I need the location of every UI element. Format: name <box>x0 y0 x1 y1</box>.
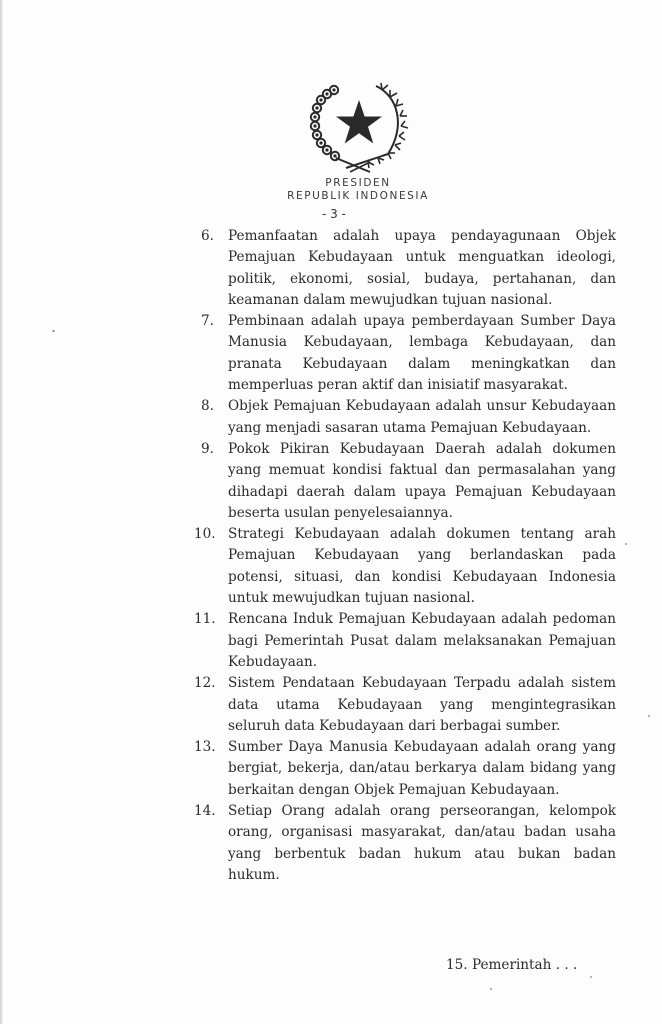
definition-item-6: 6. Pemanfaatan adalah upaya pendayagunaa… <box>192 226 616 311</box>
header-presiden: PRESIDEN <box>27 177 662 189</box>
item-number: 6. <box>192 226 228 311</box>
item-text: Setiap Orang adalah orang perseorangan, … <box>228 801 616 886</box>
definition-item-7: 7. Pembinaan adalah upaya pemberdayaan S… <box>192 311 616 396</box>
item-text: Pemanfaatan adalah upaya pendayagunaan O… <box>228 226 616 311</box>
item-number: 11. <box>192 609 228 673</box>
scan-speck <box>648 715 650 717</box>
header-republik-indonesia: REPUBLIK INDONESIA <box>27 190 662 202</box>
item-number: 13. <box>192 737 228 801</box>
continuation-catchword: 15. Pemerintah . . . <box>446 957 577 973</box>
definition-item-12: 12. Sistem Pendataan Kebudayaan Terpadu … <box>192 673 616 737</box>
definition-item-11: 11. Rencana Induk Pemajuan Kebudayaan ad… <box>192 609 616 673</box>
item-number: 8. <box>192 396 228 439</box>
document-page: PRESIDEN REPUBLIK INDONESIA - 3 - 6. Pem… <box>0 0 662 1024</box>
item-text: Pembinaan adalah upaya pemberdayaan Sumb… <box>228 311 616 396</box>
scan-speck <box>609 363 611 365</box>
definition-item-8: 8. Objek Pemajuan Kebudayaan adalah unsu… <box>192 396 616 439</box>
scan-speck <box>625 543 627 545</box>
item-text: Sistem Pendataan Kebudayaan Terpadu adal… <box>228 673 616 737</box>
scan-speck <box>590 976 592 978</box>
definition-item-9: 9. Pokok Pikiran Kebudayaan Daerah adala… <box>192 439 616 524</box>
item-text: Strategi Kebudayaan adalah dokumen tenta… <box>228 524 616 609</box>
item-text: Pokok Pikiran Kebudayaan Daerah adalah d… <box>228 439 616 524</box>
item-text: Rencana Induk Pemajuan Kebudayaan adalah… <box>228 609 616 673</box>
scan-speck <box>490 988 492 990</box>
item-number: 14. <box>192 801 228 886</box>
definition-list: 6. Pemanfaatan adalah upaya pendayagunaa… <box>192 226 616 886</box>
item-text: Objek Pemajuan Kebudayaan adalah unsur K… <box>228 396 616 439</box>
definition-item-13: 13. Sumber Daya Manusia Kebudayaan adala… <box>192 737 616 801</box>
scan-edge-shadow <box>0 0 3 1024</box>
presidential-emblem-icon <box>306 78 412 174</box>
page-number: - 3 - <box>0 207 662 221</box>
item-text: Sumber Daya Manusia Kebudayaan adalah or… <box>228 737 616 801</box>
definition-item-14: 14. Setiap Orang adalah orang perseorang… <box>192 801 616 886</box>
item-number: 9. <box>192 439 228 524</box>
item-number: 7. <box>192 311 228 396</box>
item-number: 10. <box>192 524 228 609</box>
scan-speck <box>52 330 55 332</box>
item-number: 12. <box>192 673 228 737</box>
definition-item-10: 10. Strategi Kebudayaan adalah dokumen t… <box>192 524 616 609</box>
